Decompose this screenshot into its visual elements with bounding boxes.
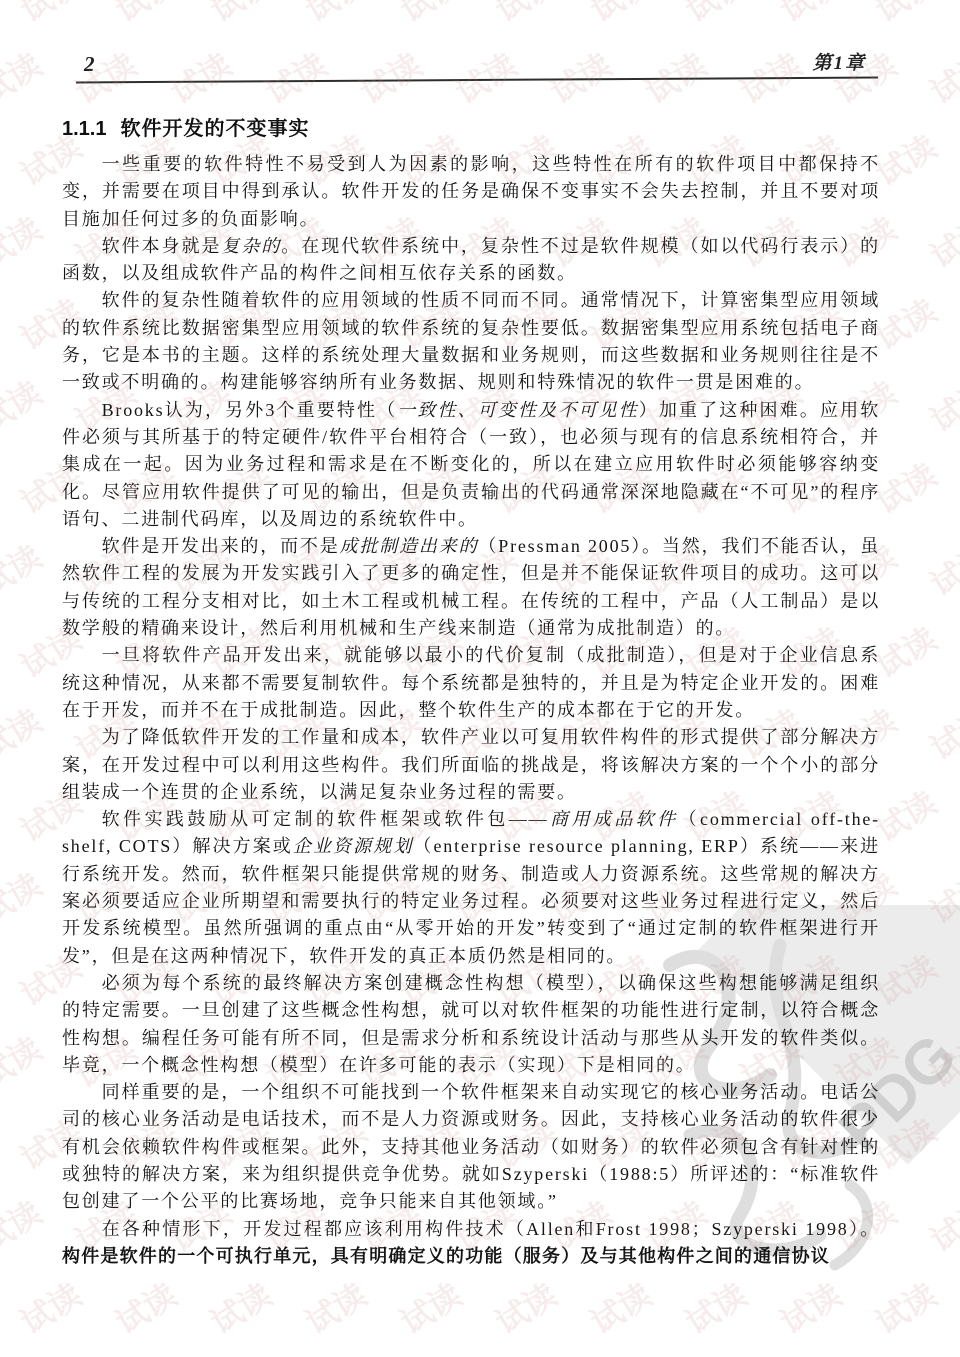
section-heading: 1.1.1软件开发的不变事实 (62, 112, 880, 141)
shidu-watermark: 试读 (676, 1271, 755, 1344)
shidu-watermark: 试读 (201, 0, 280, 31)
paragraph-segment: 同样重要的是，一个组织不可能找到一个软件框架来自动实现它的核心业务活动。电话公司… (62, 1082, 880, 1211)
shidu-watermark: 试读 (921, 369, 960, 442)
section-title: 软件开发的不变事实 (120, 118, 309, 140)
paragraph: 一些重要的软件特性不易受到人为因素的影响，这些特性在所有的软件项目中都保持不变，… (62, 151, 880, 233)
paragraph: Brooks认为，另外3个重要特性（一致性、可变性及不可见性）加重了这种困难。应… (62, 397, 880, 533)
paragraph: 软件是开发出来的，而不是成批制造出来的（Pressman 2005）。当然，我们… (62, 533, 880, 642)
chapter-label: 第1章 (812, 48, 866, 75)
shidu-watermark: 试读 (0, 697, 49, 770)
paragraph: 软件的复杂性随着软件的应用领域的性质不同而不同。通常情况下，计算密集型应用领域的… (62, 287, 880, 396)
paragraph-segment: 软件是开发出来的，而不是 (102, 536, 340, 556)
paragraph-segment: 软件实践鼓励从可定制的软件框架或软件包—— (102, 809, 549, 829)
shidu-watermark: 试读 (391, 1271, 470, 1344)
page-header: 2 第1章 (62, 48, 898, 82)
shidu-watermark: 试读 (866, 1271, 945, 1344)
shidu-watermark: 试读 (581, 0, 660, 31)
shidu-watermark: 试读 (0, 205, 49, 278)
paragraph-segment-kai: 企业资源规划 (293, 836, 414, 856)
paragraph: 软件本身就是复杂的。在现代软件系统中，复杂性不过是软件规模（如以代码行表示）的函… (62, 233, 880, 288)
shidu-watermark: 试读 (0, 41, 49, 114)
shidu-watermark: 试读 (296, 1271, 375, 1344)
shidu-watermark: 试读 (921, 1025, 960, 1098)
shidu-watermark: 试读 (921, 533, 960, 606)
shidu-watermark: 试读 (0, 369, 49, 442)
paragraph: 为了降低软件开发的工作量和成本，软件产业以可复用软件构件的形式提供了部分解决方案… (62, 724, 880, 806)
paragraph-segment: Brooks认为，另外3个重要特性（ (102, 400, 398, 420)
scanned-book-page: PDG 2 第1章 1.1.1软件开发的不变事实 一些重要的软件特性不易受到人为… (0, 0, 960, 1357)
paragraph-segment-kai: 成批制造出来的 (340, 536, 479, 556)
shidu-watermark: 试读 (391, 0, 470, 31)
paragraph-segment: 一些重要的软件特性不易受到人为因素的影响，这些特性在所有的软件项目中都保持不变，… (62, 154, 880, 229)
paragraph-segment-kai: 复杂的 (221, 236, 281, 256)
paragraph: 同样重要的是，一个组织不可能找到一个软件框架来自动实现它的核心业务活动。电话公司… (62, 1079, 880, 1215)
shidu-watermark: 试读 (0, 1025, 49, 1098)
paragraph: 一旦将软件产品开发出来，就能够以最小的代价复制（成批制造），但是对于企业信息系统… (62, 642, 880, 724)
shidu-watermark: 试读 (106, 1271, 185, 1344)
shidu-watermark: 试读 (921, 205, 960, 278)
paragraph-segment: 软件本身就是 (102, 236, 222, 256)
shidu-watermark: 试读 (771, 1271, 850, 1344)
shidu-watermark: 试读 (201, 1271, 280, 1344)
shidu-watermark: 试读 (921, 41, 960, 114)
shidu-watermark: 试读 (676, 0, 755, 31)
shidu-watermark: 试读 (866, 0, 945, 31)
shidu-watermark: 试读 (921, 861, 960, 934)
shidu-watermark: 试读 (0, 533, 49, 606)
paragraph-segment-bold: 构件是软件的一个可执行单元，具有明确定义的功能（服务）及与其他构件之间的通信协议 (62, 1246, 830, 1266)
shidu-watermark: 试读 (486, 1271, 565, 1344)
shidu-watermark: 试读 (296, 0, 375, 31)
paragraph-segment-kai: 一致性、可变性及不可见性 (397, 400, 639, 420)
shidu-watermark: 试读 (0, 1189, 49, 1262)
paragraph: 必须为每个系统的最终解决方案创建概念性构想（模型），以确保这些构想能够满足组织的… (62, 970, 880, 1079)
shidu-watermark: 试读 (11, 0, 90, 31)
shidu-watermark: 试读 (921, 697, 960, 770)
paragraph-segment: 软件的复杂性随着软件的应用领域的性质不同而不同。通常情况下，计算密集型应用领域的… (62, 290, 880, 392)
paragraph-segment: 必须为每个系统的最终解决方案创建概念性构想（模型），以确保这些构想能够满足组织的… (62, 973, 880, 1075)
paragraph-segment-kai: 商用成品软件 (548, 809, 678, 829)
shidu-watermark: 试读 (0, 861, 49, 934)
section-number: 1.1.1 (62, 118, 106, 140)
paragraph-segment: 为了降低软件开发的工作量和成本，软件产业以可复用软件构件的形式提供了部分解决方案… (62, 727, 880, 802)
page-number: 2 (84, 52, 95, 77)
header-rule (76, 77, 878, 84)
shidu-watermark: 试读 (11, 1271, 90, 1344)
paragraph: 在各种情形下，开发过程都应该利用构件技术（Allen和Frost 1998；Sz… (62, 1216, 880, 1271)
shidu-watermark: 试读 (486, 0, 565, 31)
paragraph: 软件实践鼓励从可定制的软件框架或软件包——商用成品软件（commercial o… (62, 806, 880, 970)
shidu-watermark: 试读 (771, 0, 850, 31)
page-content: 1.1.1软件开发的不变事实 一些重要的软件特性不易受到人为因素的影响，这些特性… (62, 112, 880, 1270)
shidu-watermark: 试读 (581, 1271, 660, 1344)
shidu-watermark: 试读 (921, 1189, 960, 1262)
paragraph-segment: 一旦将软件产品开发出来，就能够以最小的代价复制（成批制造），但是对于企业信息系统… (62, 645, 880, 720)
shidu-watermark: 试读 (106, 0, 185, 31)
paragraphs: 一些重要的软件特性不易受到人为因素的影响，这些特性在所有的软件项目中都保持不变，… (62, 151, 880, 1270)
paragraph-segment: 在各种情形下，开发过程都应该利用构件技术（Allen和Frost 1998；Sz… (102, 1219, 880, 1239)
